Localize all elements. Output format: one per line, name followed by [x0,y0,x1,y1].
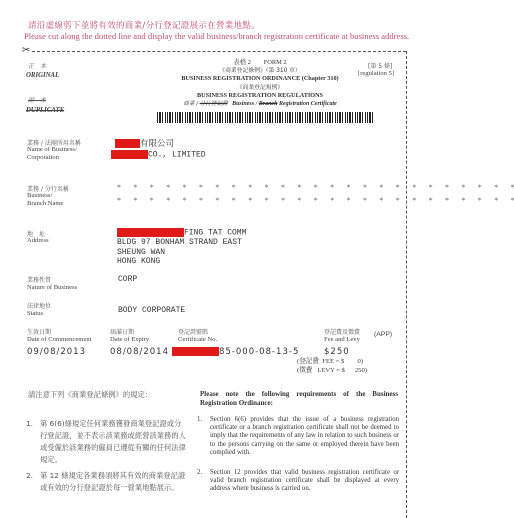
branch-name-line-1: * * * * * * * * * * * * * * * * * * * * … [117,183,514,192]
business-name-zh-value: 有限公司 [140,139,174,149]
fee-total: $250 [324,347,350,357]
rules-en-item-2-text: Section 12 provides that valid business … [210,469,399,494]
duplicate-label-zh: 副 本 [28,95,46,104]
rules-zh-item-1: 1. 第 6(6)條規定任何業務獲發商業登記證或分行登記證，並不表示該業務或經營… [26,418,186,466]
expiry-date: 08/08/2014 [110,347,169,357]
nature-label-zh: 業務性質 [27,275,51,284]
fee-app-tag: (APP) [374,331,392,339]
branch-name-label-en-2: Branch Name [27,200,63,208]
business-name-en-value: CO., LIMITED [148,151,206,160]
nature-value: CORP [118,275,137,284]
address-line-1: FING TAT COMM [117,228,246,238]
address-line-4: HONG KONG [117,257,246,267]
ordinance-zh: 《商業登記條例》（第 310 章） [140,67,380,75]
rules-en-item-2: 2. Section 12 provides that valid busine… [197,469,399,494]
rules-en-item-1: 1. Section 6(6) provides that the issue … [197,416,399,457]
certificate-number: 85-000-08-13-5 [172,347,299,357]
regulations-en: BUSINESS REGISTRATION REGULATIONS [140,92,380,100]
cut-notice-english: Please cut along the dotted line and dis… [24,31,409,41]
commencement-label-en: Date of Commencement [27,336,91,344]
redaction [172,347,219,356]
duplicate-label-en: DUPLICATE [26,107,64,114]
regulations-zh: 《商業登記規例》 [140,84,380,92]
address-line-2: BLDG 97 BONHAM STRAND EAST [117,238,246,248]
commencement-label-zh: 生效日期 [27,327,51,336]
business-name-label-en: Name of Business/ Corporation [27,146,77,162]
rules-zh-item-2-text: 第 12 條規定各業務須將其有效的商業登記證或有效的分行登記證於每一營業地點展示… [40,470,186,494]
original-label-en: ORIGINAL [26,72,59,79]
rules-zh-item-1-text: 第 6(6)條規定任何業務獲發商業登記證或分行登記證，並不表示該業務或經營該業務… [40,418,186,466]
fee-label-en: Fee and Levy [324,336,360,344]
status-value: BODY CORPORATE [118,306,185,315]
rules-zh-item-2-num: 2. [26,470,33,482]
rules-heading-zh: 請注意下列《商業登記條例》的規定： [28,389,152,401]
cert-type-en-branch: Branch [259,101,278,107]
dotted-cut-line-horizontal [32,51,406,52]
business-name-label-en-2: Corporation [27,154,77,162]
cert-type-en-rest: Registration Certificate [279,101,337,107]
nature-label-en: Nature of Business [27,284,77,292]
redaction [117,228,184,237]
rules-zh-item-1-num: 1. [26,418,33,430]
rules-en-item-2-num: 2. [197,469,202,477]
rules-en-item-1-text: Section 6(6) provides that the issue of … [210,416,399,457]
expiry-label-zh: 屆滿日期 [110,327,134,336]
redaction [115,139,140,148]
status-label-en: Status [27,310,43,318]
certificate-header: 表格 2 FORM 2 《商業登記條例》（第 310 章） BUSINESS R… [140,59,380,108]
address-line-3: SHEUNG WAN [117,248,246,258]
scissors-icon: ✂ [22,45,30,56]
fee-breakdown-fee: (登記費 FEE = $ 0) [297,358,363,366]
certificate-no-label-zh: 登記證號碼 [178,327,208,336]
branch-name-line-2: * * * * * * * * * * * * * * * * * * * * … [117,196,514,205]
form-number: 表格 2 FORM 2 [140,59,380,67]
expiry-label-en: Date of Expiry [110,336,149,344]
cert-type-en-business: Business / [232,101,257,107]
fee-breakdown-levy: (徵費 LEVY = $ 250) [297,367,367,375]
cert-type-zh-business: 商業 / [183,101,198,107]
branch-name-label-en: Business/ Branch Name [27,192,63,208]
business-name-en: CO., LIMITED [111,150,206,160]
cut-notice-chinese: 請沿虛線剪下並將有效的商業/分行登記證展示在營業地點。 [28,19,260,31]
redaction [111,150,148,159]
dotted-cut-line-vertical [406,51,407,518]
regulation-ref-en: [regulation 5] [358,70,394,78]
fee-label-zh: 登記費及徵費 [324,327,360,336]
commencement-date: 09/08/2013 [27,347,86,357]
rules-heading-en: Please note the following requirements o… [200,390,398,408]
rules-zh-item-2: 2. 第 12 條規定各業務須將其有效的商業登記證或有效的分行登記證於每一營業地… [26,470,186,494]
regulation-ref-zh: [第 5 條] [368,61,392,70]
rules-en-item-1-num: 1. [197,416,202,424]
status-label-zh: 法律地位 [27,301,51,310]
business-name-zh: 有限公司 [115,137,174,149]
cert-type-zh-branch: 分行登記證 [200,101,228,107]
original-label-zh: 正 本 [28,61,46,70]
branch-name-label-en-1: Business/ [27,192,63,200]
address-value: FING TAT COMM BLDG 97 BONHAM STRAND EAST… [117,228,246,267]
barcode [157,112,374,123]
ordinance-en: BUSINESS REGISTRATION ORDINANCE (Chapter… [140,75,380,83]
business-name-label-en-1: Name of Business/ [27,146,77,154]
address-label-en: Address [27,237,49,245]
certificate-type: 商業 / 分行登記證 Business / Branch Registratio… [140,100,380,108]
certificate-no-label-en: Certificate No. [178,336,217,344]
